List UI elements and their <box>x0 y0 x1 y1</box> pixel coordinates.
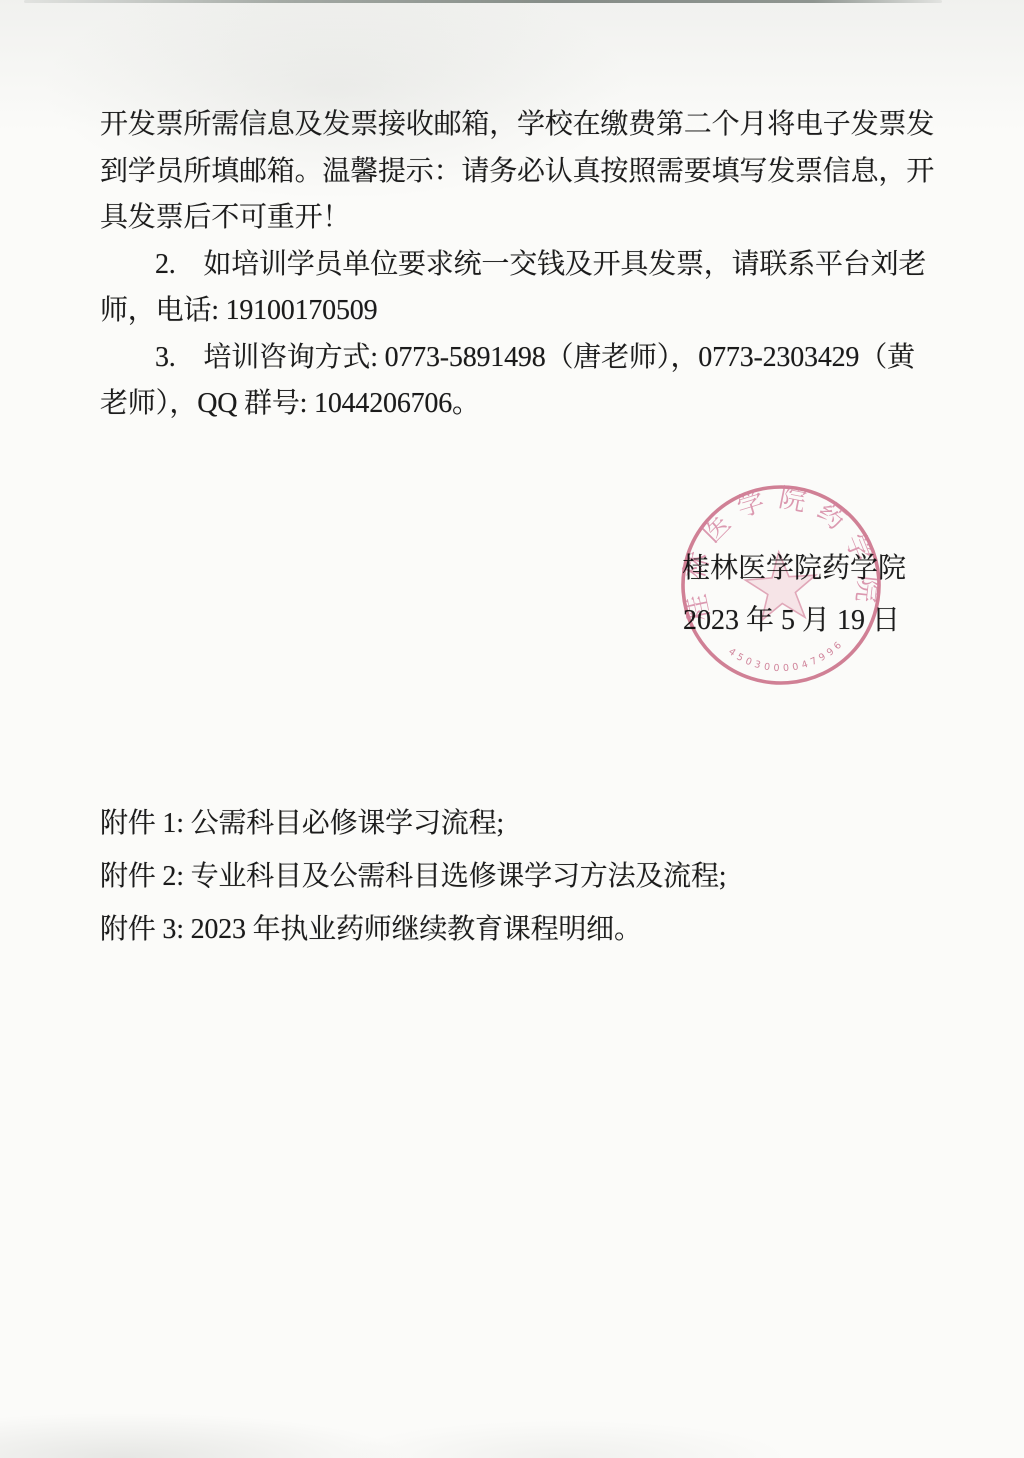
official-seal-stamp: 桂林医学院药学院 4503000047996 <box>664 468 899 703</box>
body-line-item-3: 3. 培训咨询方式: 0773-5891498（唐老师），0773-230342… <box>100 335 960 382</box>
attachment-item: 附件 1: 公需科目必修课学习流程; <box>100 797 860 850</box>
body-line-item-2: 2. 如培训学员单位要求统一交钱及开具发票，请联系平台刘老 <box>100 242 960 289</box>
attachment-list: 附件 1: 公需科目必修课学习流程; 附件 2: 专业科目及公需科目选修课学习方… <box>100 797 860 956</box>
seal-star-icon <box>744 550 819 622</box>
body-line: 到学员所填邮箱。温馨提示：请务必认真按照需要填写发票信息，开 <box>100 149 960 196</box>
body-line: 具发票后不可重开！ <box>100 195 960 242</box>
body-paragraphs: 开发票所需信息及发票接收邮箱，学校在缴费第二个月将电子发票发 到学员所填邮箱。温… <box>100 102 960 428</box>
body-line: 开发票所需信息及发票接收邮箱，学校在缴费第二个月将电子发票发 <box>100 102 960 149</box>
scanned-page: 开发票所需信息及发票接收邮箱，学校在缴费第二个月将电子发票发 到学员所填邮箱。温… <box>0 0 1024 1458</box>
attachment-item: 附件 3: 2023 年执业药师继续教育课程明细。 <box>100 903 860 956</box>
attachment-item: 附件 2: 专业科目及公需科目选修课学习方法及流程; <box>100 850 860 903</box>
body-line: 师，电话: 19100170509 <box>100 288 960 335</box>
scan-edge-artifact <box>24 0 942 3</box>
body-line: 老师），QQ 群号: 1044206706。 <box>100 381 960 428</box>
